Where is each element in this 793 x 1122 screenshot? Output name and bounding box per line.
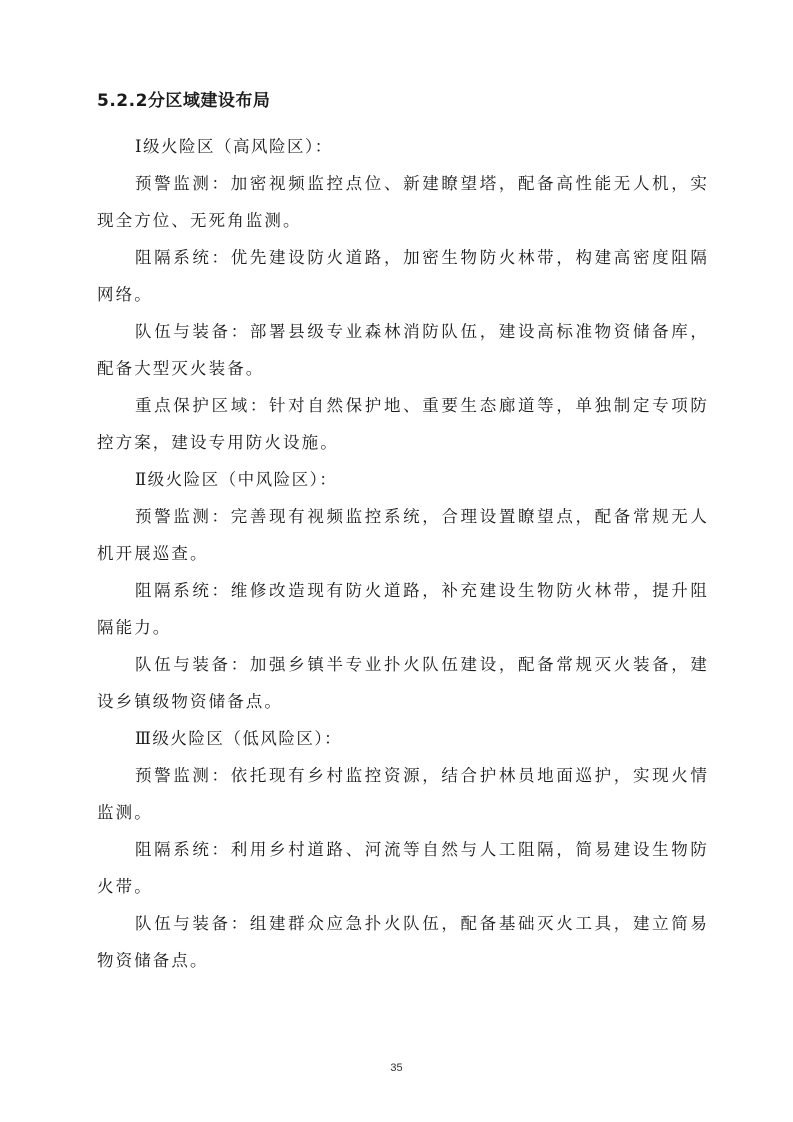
paragraph: 阻隔系统：利用乡村道路、河流等自然与人工阻隔，简易建设生物防火带。 — [97, 831, 709, 905]
page-number: 35 — [0, 1062, 793, 1074]
paragraph: 队伍与装备：加强乡镇半专业扑火队伍建设，配备常规灭火装备，建设乡镇级物资储备点。 — [97, 646, 709, 720]
paragraph: 队伍与装备：组建群众应急扑火队伍，配备基础灭火工具，建立简易物资储备点。 — [97, 905, 709, 979]
zone-1: Ⅰ级火险区（高风险区）： 预警监测：加密视频监控点位、新建瞭望塔，配备高性能无人… — [97, 128, 709, 461]
paragraph: 预警监测：完善现有视频监控系统，合理设置瞭望点，配备常规无人机开展巡查。 — [97, 498, 709, 572]
paragraph: 队伍与装备：部署县级专业森林消防队伍，建设高标准物资储备库，配备大型灭火装备。 — [97, 313, 709, 387]
zone-2: Ⅱ级火险区（中风险区）： 预警监测：完善现有视频监控系统，合理设置瞭望点，配备常… — [97, 461, 709, 720]
document-page: 5.2.2分区域建设布局 Ⅰ级火险区（高风险区）： 预警监测：加密视频监控点位、… — [97, 90, 709, 979]
paragraph: 预警监测：加密视频监控点位、新建瞭望塔，配备高性能无人机，实现全方位、无死角监测… — [97, 165, 709, 239]
zone-3: Ⅲ级火险区（低风险区）： 预警监测：依托现有乡村监控资源，结合护林员地面巡护，实… — [97, 720, 709, 979]
zone-title: Ⅲ级火险区（低风险区）： — [97, 720, 709, 757]
paragraph: 重点保护区域：针对自然保护地、重要生态廊道等，单独制定专项防控方案，建设专用防火… — [97, 387, 709, 461]
zone-title: Ⅰ级火险区（高风险区）： — [97, 128, 709, 165]
paragraph: 阻隔系统：维修改造现有防火道路，补充建设生物防火林带，提升阻隔能力。 — [97, 572, 709, 646]
zone-title: Ⅱ级火险区（中风险区）： — [97, 461, 709, 498]
section-heading: 5.2.2分区域建设布局 — [97, 90, 709, 112]
paragraph: 预警监测：依托现有乡村监控资源，结合护林员地面巡护，实现火情监测。 — [97, 757, 709, 831]
paragraph: 阻隔系统：优先建设防火道路，加密生物防火林带，构建高密度阻隔网络。 — [97, 239, 709, 313]
